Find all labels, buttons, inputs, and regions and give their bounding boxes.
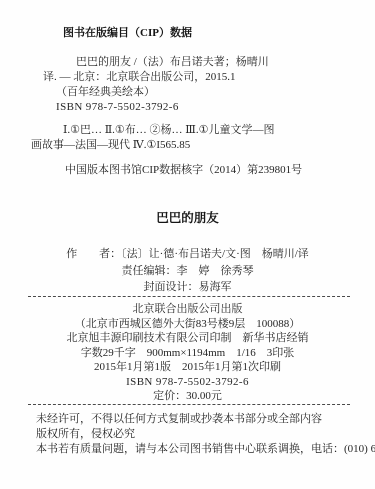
cip-isbn: ISBN 978-7-5502-3792-6 <box>56 101 179 114</box>
copyright-reserved-notice: 版权所有，侵权必究 <box>36 428 135 441</box>
copy-prohibition-notice: 未经许可，不得以任何方式复制或抄袭本书部分或全部内容 <box>36 413 322 426</box>
cip-record-number: 中国版本图书馆CIP数据核字（2014）第239801号 <box>65 164 302 177</box>
cip-series-name: （百年经典美绘本） <box>56 86 155 99</box>
price-line: 定价：30.00元 <box>0 390 375 403</box>
publisher-line: 北京联合出版公司出版 <box>0 303 375 316</box>
edition-printing-line: 2015年1月第1版 2015年1月第1次印刷 <box>0 361 375 374</box>
book-title: 巴巴的朋友 <box>0 212 375 225</box>
cip-classification-line-1: Ⅰ.①巴… Ⅱ.①布… ②杨… Ⅲ.①儿童文学—图 <box>63 124 275 137</box>
credit-cover-designer-line: 封面设计：易海军 <box>0 281 375 294</box>
dashed-divider-top <box>28 296 350 297</box>
copyright-page: 图书在版编目（CIP）数据 巴巴的朋友 /（法）布吕诺夫著；杨晴川 译. — 北… <box>0 0 375 489</box>
format-specs-line: 字数29千字 900mm×1194mm 1/16 3印张 <box>0 347 375 360</box>
isbn-line: ISBN 978-7-5502-3792-6 <box>0 376 375 389</box>
printer-distributor-line: 北京旭丰源印刷技术有限公司印制 新华书店经销 <box>0 332 375 345</box>
cip-classification-line-2: 画故事—法国—现代 Ⅳ.①I565.85 <box>31 139 190 152</box>
credit-author-line: 作 者：〔法〕让·德·布吕诺夫/文·图 杨晴川/译 <box>0 248 375 261</box>
cip-entry-line-2: 译. — 北京：北京联合出版公司，2015.1 <box>43 71 236 84</box>
quality-contact-notice: 本书若有质量问题，请与本公司图书销售中心联系调换，电话：(010) 642438… <box>36 443 375 456</box>
dashed-divider-bottom <box>28 404 350 405</box>
cip-entry-line-1: 巴巴的朋友 /（法）布吕诺夫著；杨晴川 <box>76 56 269 69</box>
publisher-address-line: （北京市西城区德外大街83号楼9层 100088） <box>0 318 375 331</box>
credit-editor-line: 责任编辑：李 婷 徐秀琴 <box>0 265 375 278</box>
cip-header: 图书在版编目（CIP）数据 <box>63 27 192 40</box>
